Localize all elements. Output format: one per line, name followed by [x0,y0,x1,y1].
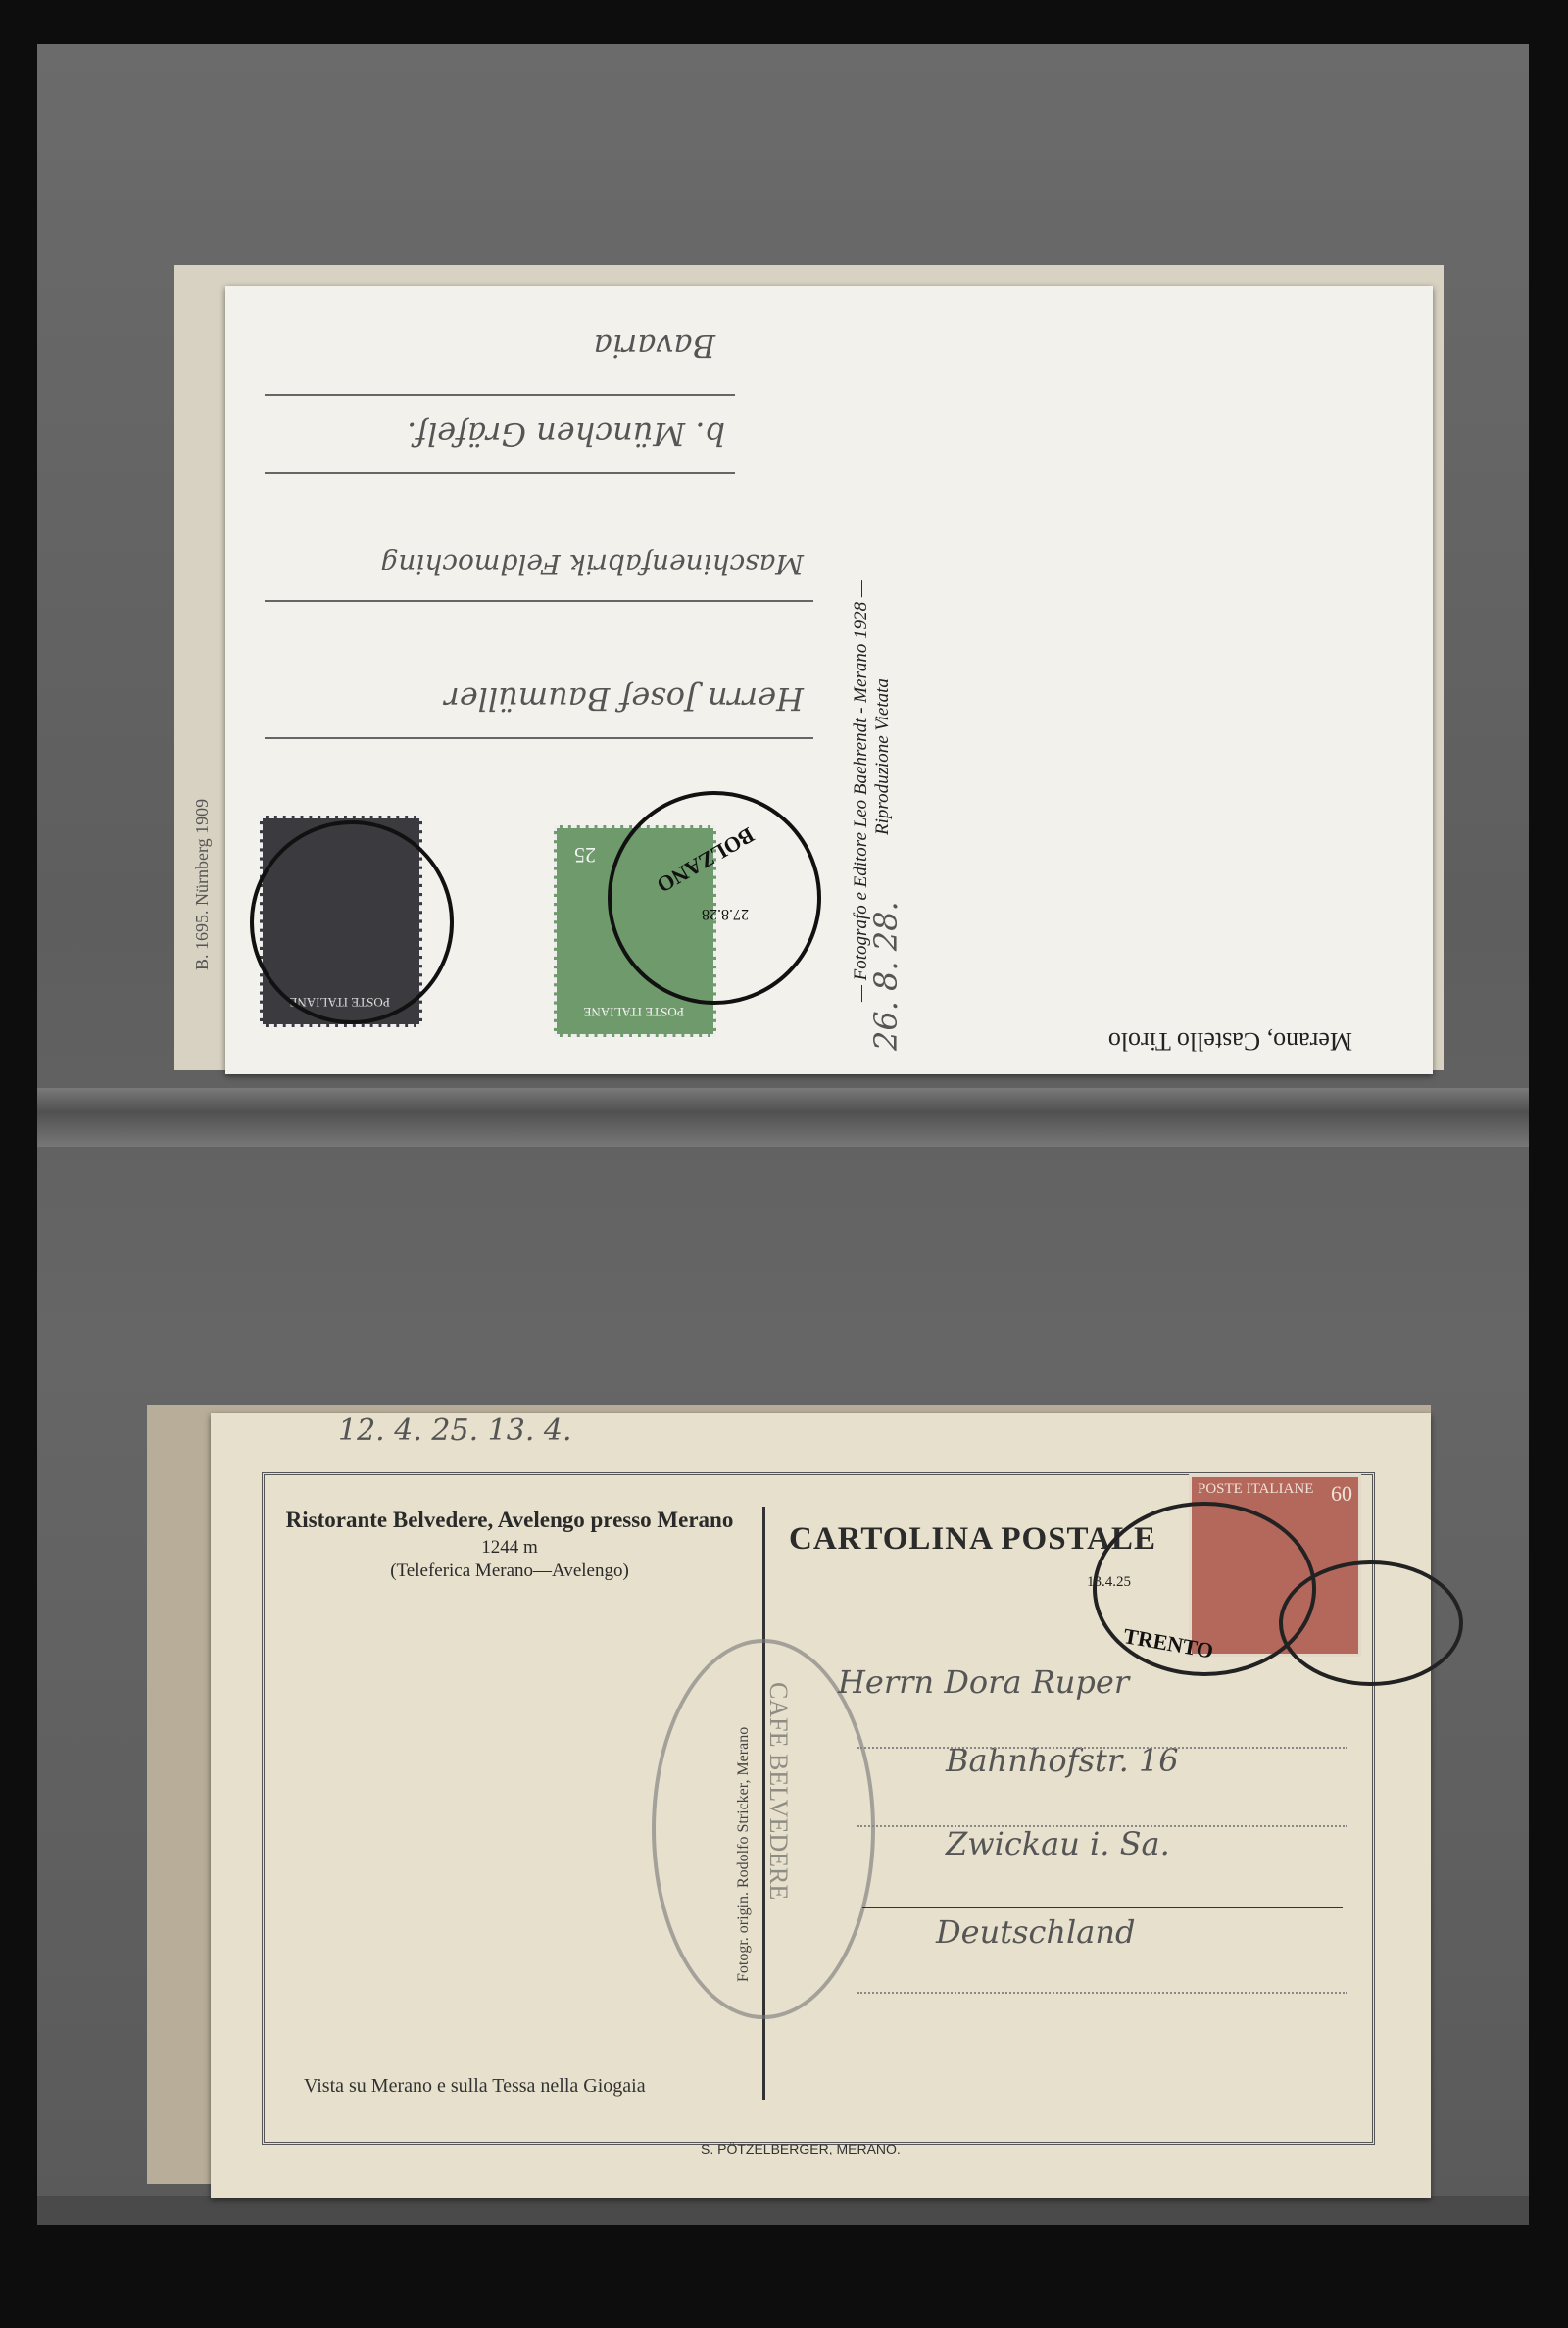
address-line [857,1992,1347,1994]
card-subtitle: (Teleferica Merano—Avelengo) [269,1560,750,1582]
album-bottom-strip [37,2196,1529,2225]
card-altitude: 1244 m [269,1537,750,1559]
postcard-bottom: 12. 4. 25. 13. 4. Ristorante Belvedere, … [211,1413,1431,2198]
address-line [265,472,735,474]
pocket-divider [37,1088,1529,1147]
address-city: Zwickau i. Sa. [946,1825,1170,1862]
reproduction-notice: Riproduzione Vietata [872,678,894,835]
address-recipient: Herrn Dora Ruper [838,1663,1129,1701]
printer-credit: S. PÖTZELBERGER, MERANO. [701,2141,901,2156]
card-title: Ristorante Belvedere, Avelengo presso Me… [269,1508,750,1533]
address-line [857,1825,1347,1827]
cartolina-postale-label: CARTOLINA POSTALE [789,1521,1156,1558]
address-recipient: Herrn Josef Baumüller [444,680,804,718]
postmark-bolzano-2: BOLZANO 27.8.28 [608,791,821,1005]
address-country: Deutschland [936,1913,1135,1951]
address-line [857,1747,1347,1749]
address-company: Maschinenfabrik Feldmoching [380,548,804,580]
handwritten-date: 26. 8. 28. [867,901,905,1051]
postcard-top: Merano, Castello Tirolo — Fotografo e Ed… [225,286,1433,1074]
view-caption: Vista su Merano e sulla Tessa nella Giog… [304,2075,646,2098]
address-line [265,737,813,739]
address-line [265,600,813,602]
address-bavaria: Bavaria [594,327,715,365]
address-line [862,1907,1343,1908]
postmark-trento: TRENTO 13.4.25 [1093,1502,1316,1676]
header-date: 12. 4. 25. 13. 4. [338,1413,572,1448]
postcard-caption: Merano, Castello Tirolo [1108,1026,1352,1056]
address-line [265,394,735,396]
postmark-trento-2 [1279,1560,1463,1686]
address-city: b. München Gräfelf. [407,416,725,453]
postmark-bolzano-1 [250,820,454,1024]
side-card-text: B. 1695. Nürnberg 1909 [192,799,213,970]
